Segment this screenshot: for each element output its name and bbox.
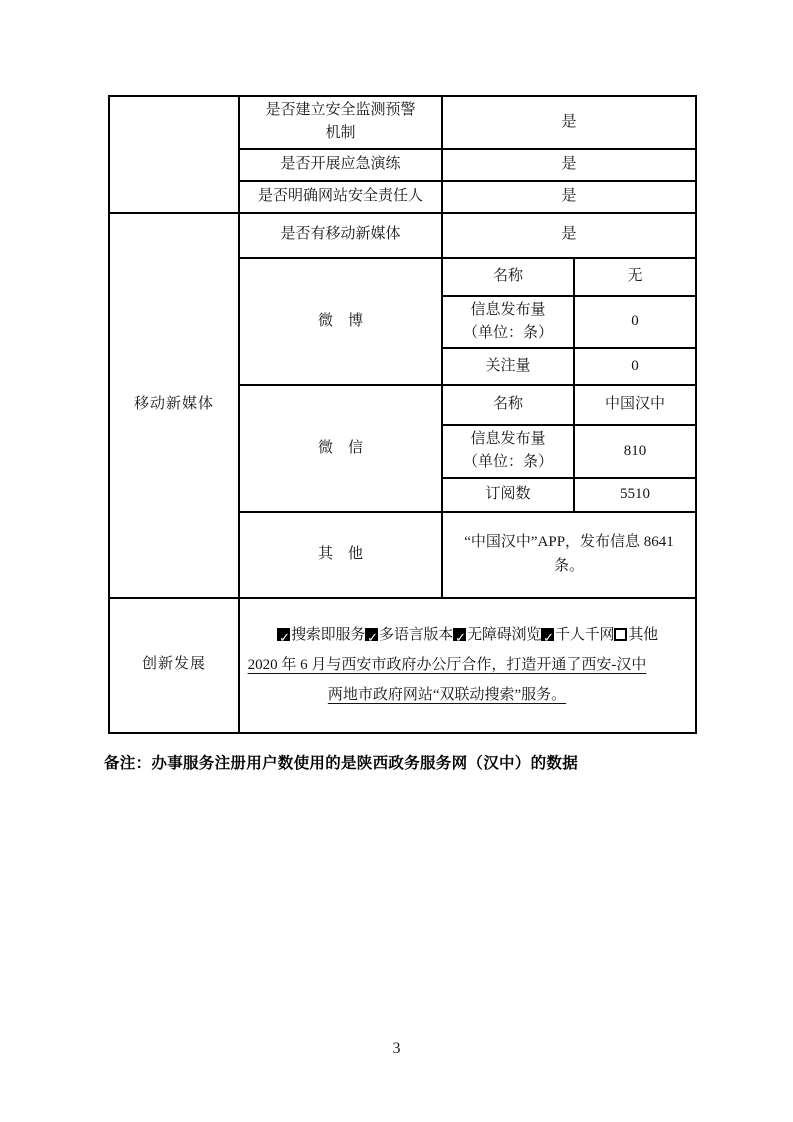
row-value: 中国汉中 xyxy=(574,385,696,425)
row-label-weibo-posts: 信息发布量 （单位：条） xyxy=(442,296,574,349)
government-website-report-table: 是否建立安全监测预警 机制 是 是否开展应急演练 是 是否明确网站安全责任人 是… xyxy=(108,95,697,734)
checkbox-item: 多语言版本 xyxy=(365,627,453,643)
checkbox-label: 多语言版本 xyxy=(379,627,453,643)
row-value: 0 xyxy=(574,296,696,349)
innovation-description: 2020 年 6 月与西安市政府办公厅合作，打造开通了西安-汉中两地市政府网站“… xyxy=(244,650,650,710)
document-page: 是否建立安全监测预警 机制 是 是否开展应急演练 是 是否明确网站安全责任人 是… xyxy=(0,0,793,1122)
row-label-security-responsible-person: 是否明确网站安全责任人 xyxy=(239,181,442,213)
row-value: 5510 xyxy=(574,478,696,512)
table-row: 是否建立安全监测预警 机制 是 xyxy=(109,96,696,149)
row-label-wechat-name: 名称 xyxy=(442,385,574,425)
checked-checkbox-icon xyxy=(453,628,466,641)
row-value: 是 xyxy=(442,96,696,149)
row-label-emergency-drill: 是否开展应急演练 xyxy=(239,149,442,181)
row-label-has-mobile-media: 是否有移动新媒体 xyxy=(239,213,442,258)
section-cell-empty xyxy=(109,96,239,213)
row-label-weibo-name: 名称 xyxy=(442,258,574,296)
table-row: 创新发展 搜索即服务多语言版本无障碍浏览千人千网其他 2020 年 6 月与西安… xyxy=(109,598,696,733)
row-label-security-monitoring: 是否建立安全监测预警 机制 xyxy=(239,96,442,149)
checkbox-item: 搜索即服务 xyxy=(277,627,365,643)
section-cell-mobile-media: 移动新媒体 xyxy=(109,213,239,598)
section-cell-innovation: 创新发展 xyxy=(109,598,239,733)
checkbox-label: 无障碍浏览 xyxy=(467,627,541,643)
footnote-remark: 备注：办事服务注册用户数使用的是陕西政务服务网（汉中）的数据 xyxy=(104,751,704,773)
innovation-checkbox-line: 搜索即服务多语言版本无障碍浏览千人千网其他 xyxy=(244,620,691,650)
checkbox-item: 无障碍浏览 xyxy=(453,627,541,643)
checkbox-item: 其他 xyxy=(614,627,658,643)
checked-checkbox-icon xyxy=(277,628,290,641)
subsection-cell-wechat: 微 信 xyxy=(239,385,442,512)
checked-checkbox-icon xyxy=(541,628,554,641)
row-value: 是 xyxy=(442,181,696,213)
row-label-weibo-followers: 关注量 xyxy=(442,348,574,385)
checkbox-label: 其他 xyxy=(628,627,658,643)
subsection-cell-other-media: 其 他 xyxy=(239,512,442,598)
checked-checkbox-icon xyxy=(365,628,378,641)
row-value: 无 xyxy=(574,258,696,296)
row-value: 810 xyxy=(574,425,696,478)
checkbox-item: 千人千网 xyxy=(541,627,614,643)
row-value: 是 xyxy=(442,213,696,258)
row-value: 0 xyxy=(574,348,696,385)
page-number: 3 xyxy=(0,1040,793,1058)
checkbox-label: 千人千网 xyxy=(555,627,614,643)
table-row: 移动新媒体 是否有移动新媒体 是 xyxy=(109,213,696,258)
row-label-wechat-posts: 信息发布量 （单位：条） xyxy=(442,425,574,478)
checkbox-label: 搜索即服务 xyxy=(291,627,365,643)
row-value-other-media: “中国汉中”APP，发布信息 8641 条。 xyxy=(442,512,696,598)
row-value: 是 xyxy=(442,149,696,181)
unchecked-checkbox-icon xyxy=(614,628,627,641)
innovation-content-cell: 搜索即服务多语言版本无障碍浏览千人千网其他 2020 年 6 月与西安市政府办公… xyxy=(239,598,696,733)
row-label-wechat-subscribers: 订阅数 xyxy=(442,478,574,512)
subsection-cell-weibo: 微 博 xyxy=(239,258,442,386)
